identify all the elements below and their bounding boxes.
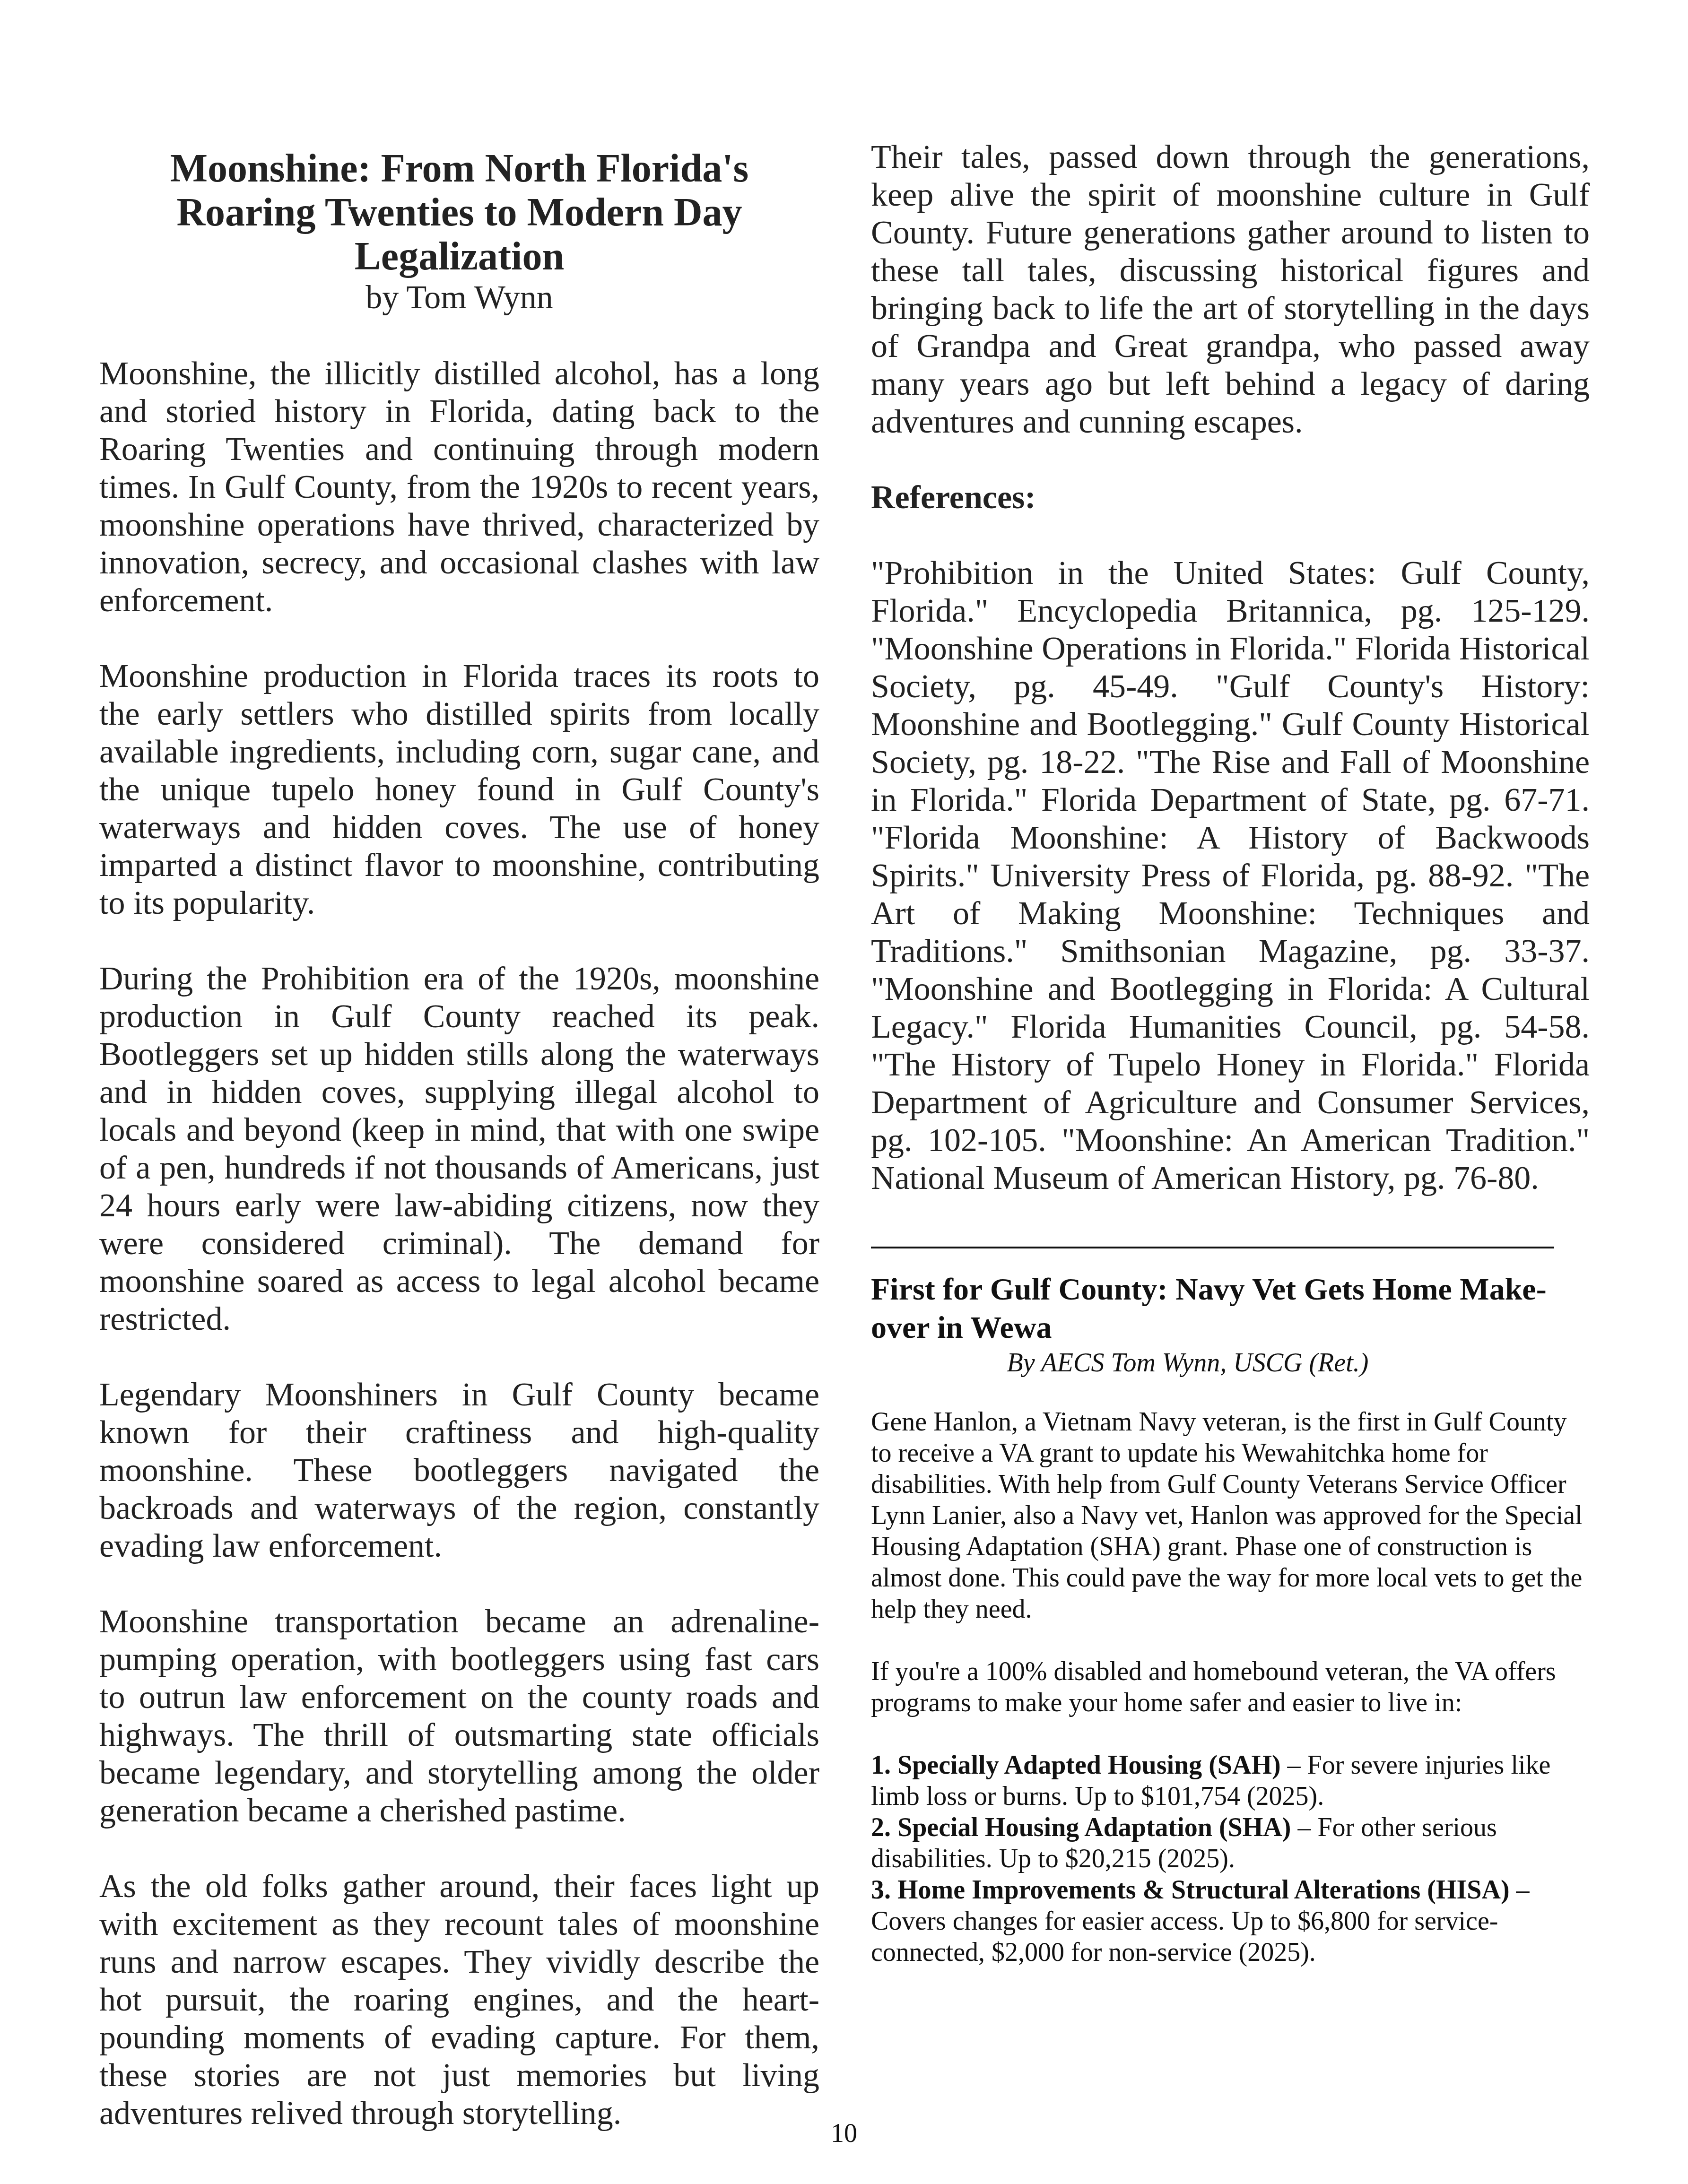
article-paragraph: As the old folks gather around, their fa… [99, 1868, 819, 2132]
article-title: Moonshine: From North Florida's Roaring … [99, 147, 819, 278]
article-paragraph: Gene Hanlon, a Vietnam Navy veteran, is … [871, 1406, 1590, 1625]
article-paragraph: Moonshine, the illicitly distilled alcoh… [99, 355, 819, 620]
programs-list: 1. Specially Adapted Housing (SAH) – For… [871, 1750, 1590, 1968]
article-paragraph: Legendary Moonshiners in Gulf County bec… [99, 1376, 819, 1565]
article-paragraph: Moonshine transportation became an adren… [99, 1603, 819, 1830]
reference-item: "Moonshine and Bootlegging in Florida: A… [871, 971, 1590, 1045]
reference-item: "Florida Moonshine: A History of Backwoo… [871, 820, 1590, 894]
program-label: 1. Specially Adapted Housing (SAH) [871, 1751, 1281, 1780]
program-label: 3. Home Improvements & Structural Altera… [871, 1875, 1510, 1905]
article-paragraph: Moonshine production in Florida traces i… [99, 658, 819, 922]
article-paragraph: If you're a 100% disabled and homebound … [871, 1656, 1590, 1718]
article-byline: by Tom Wynn [99, 278, 819, 317]
page-number: 10 [0, 2118, 1688, 2149]
program-item: 2. Special Housing Adaptation (SHA) – Fo… [871, 1812, 1590, 1874]
references-heading: References: [871, 479, 1590, 517]
article-byline: By AECS Tom Wynn, USCG (Ret.) [871, 1347, 1590, 1379]
left-column: Moonshine: From North Florida's Roaring … [99, 147, 819, 2132]
reference-item: "Prohibition in the United States: Gulf … [871, 555, 1590, 629]
article-title: First for Gulf County: Navy Vet Gets Hom… [871, 1270, 1590, 1347]
program-item: 1. Specially Adapted Housing (SAH) – For… [871, 1750, 1590, 1812]
article-paragraph: Their tales, passed down through the gen… [871, 139, 1590, 441]
references-list: "Prohibition in the United States: Gulf … [871, 555, 1590, 1197]
section-divider [871, 1247, 1554, 1248]
program-item: 3. Home Improvements & Structural Altera… [871, 1874, 1590, 1968]
article-paragraph: During the Prohibition era of the 1920s,… [99, 960, 819, 1338]
right-column: Their tales, passed down through the gen… [871, 139, 1590, 1968]
program-label: 2. Special Housing Adaptation (SHA) [871, 1813, 1291, 1842]
